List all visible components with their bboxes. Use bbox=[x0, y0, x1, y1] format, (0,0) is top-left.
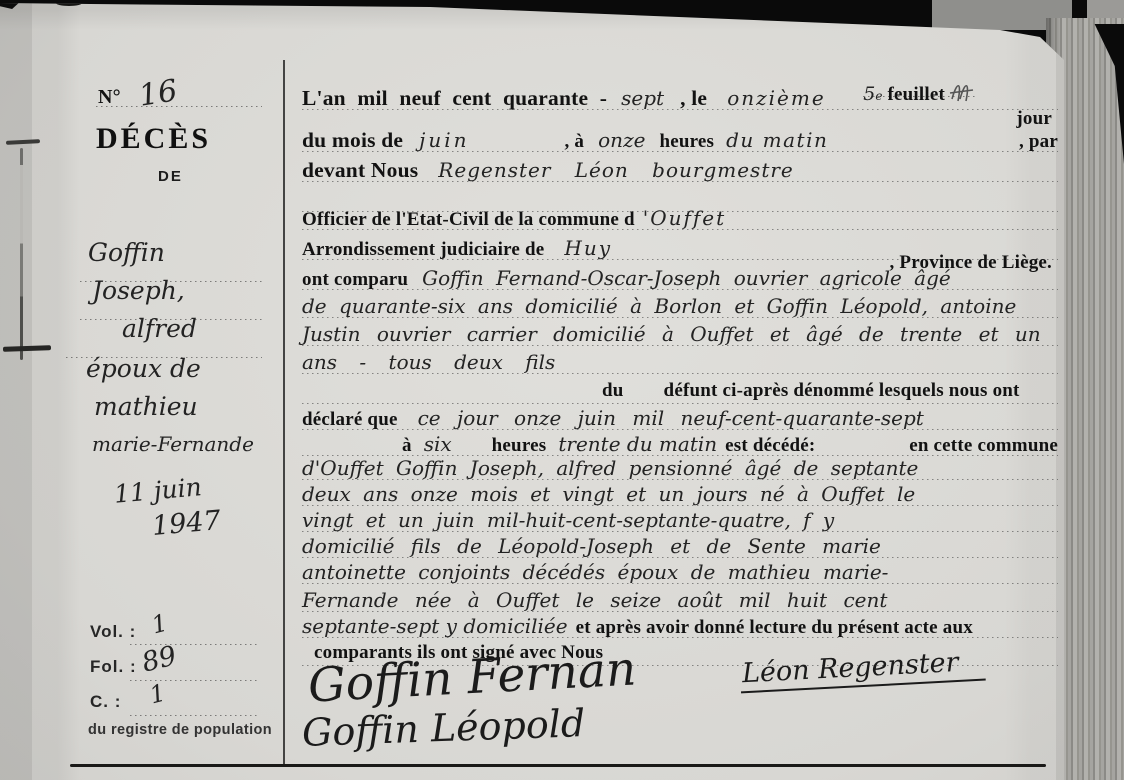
handwritten-text: onze bbox=[598, 128, 645, 152]
deceased-name-line: Joseph, bbox=[92, 276, 185, 305]
deceased-name-line: mathieu bbox=[94, 392, 198, 421]
handwritten-text: sept bbox=[621, 86, 664, 110]
act-number-value: 16 bbox=[136, 73, 179, 114]
handwritten-text: d'Ouffet Goffin Joseph, alfred pensionné… bbox=[302, 456, 918, 480]
handwritten-text: Fernande née à Ouffet le seize août mil … bbox=[302, 588, 887, 612]
handwritten-text: Justin ouvrier carrier domicilié à Ouffe… bbox=[302, 322, 1041, 346]
printed-text: L'an mil neuf cent quarante - bbox=[302, 86, 607, 111]
printed-text: déclaré que bbox=[302, 409, 398, 431]
act-line: septante-sept y domiciliée et après avoi… bbox=[302, 614, 1058, 640]
scanned-death-record: N° 16 DÉCÈS DE Goffin Joseph, alfred épo… bbox=[0, 0, 1124, 780]
handwritten-text: domicilié fils de Léopold-Joseph et de S… bbox=[302, 534, 881, 558]
fol-label: Fol. : bbox=[90, 657, 137, 677]
act-line: Fernande née à Ouffet le seize août mil … bbox=[302, 588, 1058, 614]
act-line: antoinette conjoints décédés époux de ma… bbox=[302, 560, 1058, 586]
handwritten-text: trente du matin bbox=[558, 432, 717, 456]
bottom-rule bbox=[70, 764, 1046, 767]
vol-label: Vol. : bbox=[90, 622, 136, 642]
printed-text: défunt ci-après dénommé lesquels nous on… bbox=[664, 380, 1020, 402]
deceased-name-line: alfred bbox=[122, 314, 197, 343]
deceased-name-line: époux de bbox=[86, 354, 201, 383]
binding-thread bbox=[20, 148, 23, 360]
printed-text: est décédé: bbox=[725, 435, 815, 457]
printed-text: , à bbox=[565, 131, 585, 153]
handwritten-text: Regenster Léon bourgmestre bbox=[438, 158, 793, 182]
handwritten-text: ce jour onze juin mil neuf-cent-quarante… bbox=[418, 406, 924, 430]
dotted-rule bbox=[96, 106, 262, 107]
handwritten-text: 'Ouffet bbox=[643, 206, 726, 230]
handwritten-text: septante-sept y domiciliée bbox=[302, 614, 568, 638]
death-date-line: 1947 bbox=[151, 505, 222, 542]
c-label: C. : bbox=[90, 692, 121, 712]
handwritten-text: du matin bbox=[726, 128, 828, 152]
printed-text: heures bbox=[492, 435, 547, 457]
printed-text: , par bbox=[1019, 131, 1058, 153]
dotted-rule bbox=[130, 715, 260, 716]
margin-divider bbox=[283, 60, 285, 766]
handwritten-text: juin bbox=[419, 128, 469, 152]
register-page: N° 16 DÉCÈS DE Goffin Joseph, alfred épo… bbox=[0, 0, 1064, 780]
printed-text: et après avoir donné lecture du présent … bbox=[576, 617, 973, 639]
fol-value: 89 bbox=[139, 640, 180, 678]
printed-text: du mois de bbox=[302, 128, 403, 153]
printed-text: , le bbox=[680, 86, 707, 111]
act-line: domicilié fils de Léopold-Joseph et de S… bbox=[302, 534, 1058, 560]
handwritten-text: Huy bbox=[564, 236, 612, 260]
margin-subtitle: DE bbox=[158, 168, 183, 185]
edge-speck bbox=[56, 0, 82, 6]
act-body: 5e feuillet L'an mil neuf cent quarante … bbox=[302, 78, 1058, 778]
act-line: déclaré que ce jour onze juin mil neuf-c… bbox=[302, 406, 1058, 432]
death-date-line: 11 juin bbox=[113, 472, 203, 509]
act-number-label: N° bbox=[98, 86, 121, 108]
act-line: Justin ouvrier carrier domicilié à Ouffe… bbox=[302, 322, 1058, 348]
printed-text: en cette commune bbox=[909, 435, 1058, 457]
handwritten-text: antoinette conjoints décédés époux de ma… bbox=[302, 560, 888, 584]
act-line: d'Ouffet Goffin Joseph, alfred pensionné… bbox=[302, 456, 1058, 482]
printed-text: à bbox=[402, 435, 412, 457]
c-value: 1 bbox=[147, 679, 169, 710]
binding-stitch bbox=[3, 345, 51, 352]
handwritten-text: six bbox=[424, 432, 452, 456]
handwritten-text: onzième bbox=[727, 86, 826, 110]
margin-title: DÉCÈS bbox=[96, 122, 211, 156]
signature-comparant-2: Goffin Léopold bbox=[301, 701, 586, 755]
printed-text: heures bbox=[659, 131, 714, 153]
deceased-name-line: marie-Fernande bbox=[92, 432, 254, 456]
act-line: à six heures trente du matin est décédé:… bbox=[302, 432, 1058, 458]
printed-text: Officier de l'Etat-Civil de la commune d bbox=[302, 209, 635, 231]
printed-text: devant Nous bbox=[302, 158, 418, 183]
printed-text: Arrondissement judiciaire de bbox=[302, 239, 544, 261]
handwritten-text: ans - tous deux fils bbox=[302, 350, 555, 374]
deceased-name-line: Goffin bbox=[88, 238, 165, 267]
printed-text: du bbox=[602, 380, 624, 402]
act-line: deux ans onze mois et vingt et un jours … bbox=[302, 482, 1058, 508]
act-line: Officier de l'Etat-Civil de la commune d… bbox=[302, 206, 1058, 232]
act-line: du mois de juin , à onze heures du matin… bbox=[302, 128, 1058, 154]
act-line: du défunt ci-après dénommé lesquels nous… bbox=[302, 380, 1058, 406]
act-line: ans - tous deux fils bbox=[302, 350, 1058, 376]
handwritten-text: vingt et un juin mil-huit-cent-septante-… bbox=[302, 508, 834, 532]
edge-speck bbox=[0, 0, 22, 9]
act-line: devant Nous Regenster Léon bourgmestre bbox=[302, 158, 1058, 184]
registry-note: du registre de population bbox=[88, 722, 272, 738]
handwritten-text: deux ans onze mois et vingt et un jours … bbox=[302, 482, 915, 506]
act-line: vingt et un juin mil-huit-cent-septante-… bbox=[302, 508, 1058, 534]
act-line: L'an mil neuf cent quarante - sept , le … bbox=[302, 86, 1058, 112]
printed-text: jour bbox=[1016, 108, 1052, 130]
vol-value: 1 bbox=[149, 609, 171, 640]
act-line: ont comparu Goffin Fernand-Oscar-Joseph … bbox=[302, 266, 1058, 292]
printed-text: ont comparu bbox=[302, 269, 408, 291]
handwritten-text: de quarante-six ans domicilié à Borlon e… bbox=[302, 294, 1016, 318]
act-line: de quarante-six ans domicilié à Borlon e… bbox=[302, 294, 1058, 320]
handwritten-text: Goffin Fernand-Oscar-Joseph ouvrier agri… bbox=[422, 266, 951, 290]
binding-stitch bbox=[6, 139, 40, 145]
